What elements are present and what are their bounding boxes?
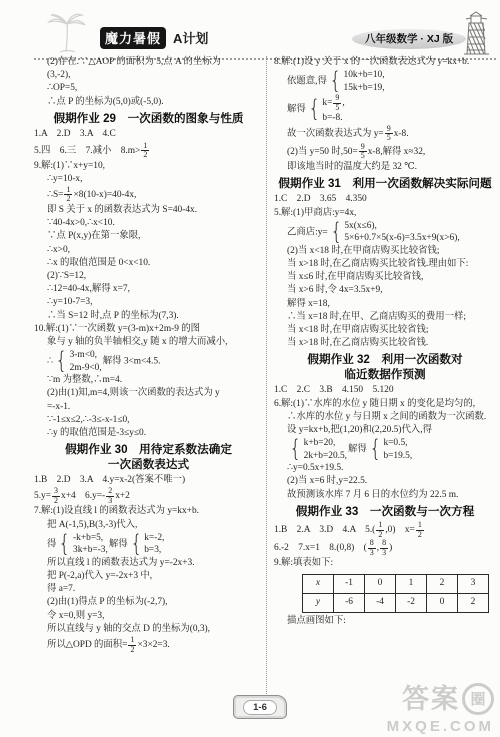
answer-line: ∴当 x=18 时,在甲、乙商店购买的费用一样; [274,311,496,324]
brace-system: {k=-2,b=3, [129,532,165,557]
answer-line: 7.解:(1)设直线 l 的函数表达式为 y=kx+b. [34,505,263,518]
answer-line: 即 S 关于 x 的函数表达式为 S=40-4x. [34,204,263,217]
brace-rows: k+b=20,2k+b=20.5, [304,437,347,462]
answer-line: {k+b=20,2k+b=20.5,解得{k=0.5,b=19.5, [274,437,496,462]
answer-line: ∴{3-m<0,2m-9<0,解得 3<m<4.5. [34,349,263,374]
fraction: 83 [368,539,376,557]
answer-line: 1.B 2.D 3.A 4.y=x-2(答案不唯一) [34,474,263,487]
answer-line: ∴S=12×8(10-x)=40-4x, [34,186,263,204]
brace-rows: 10k+b=10,15k+b=19, [344,69,385,94]
brace-row: k+b=20, [304,437,347,450]
answer-line: ∵40-4x>0,∴x<10. [34,217,263,230]
watermark: 答案 圈 MXQE.COM [387,683,494,734]
fraction-denominator: 5 [333,104,341,113]
brace-row: k=0.5, [383,437,412,450]
brace-icon: { [289,438,301,461]
answer-line: ∴y 的取值范围是-3≤y≤0. [34,427,263,440]
answer-line: (2)存在.∵△AOP 的面积为 5,点 A 的坐标为 [34,56,263,69]
answer-line: =-x-1. [34,401,263,414]
table-row: x-10123 [303,574,489,593]
watermark-domain: MXQE.COM [387,719,494,734]
answer-line: 乙商店:y={5x(x≤6),5×6+0.7×5(x-6)=3.5x+9(x>6… [274,220,496,245]
brace-rows: 5x(x≤6),5×6+0.7×5(x-6)=3.5x+9(x>6), [344,220,459,245]
section-heading-line: 临近数据作预测 [274,368,496,383]
brace-row: 5×6+0.7×5(x-6)=3.5x+9(x>6), [344,232,459,245]
section-heading-line: 假期作业 32 利用一次函数对 [274,353,496,368]
brace-rows: k=-2,b=3, [144,532,164,557]
section-heading-line: 假期作业 30 用待定系数法确定 [34,443,263,458]
answer-line: ∴y=10-x, [34,173,263,186]
series-logo-suffix: A计划 [173,28,208,47]
lighthouse-icon [456,10,496,58]
series-logo-boxed: 魔力暑假 [100,27,166,49]
table-cell: x [303,574,334,593]
table-cell: 3 [458,574,489,593]
section-heading: 假期作业 30 用待定系数法确定一次函数表达式 [34,443,263,472]
fraction: 12 [416,521,424,539]
fraction-denominator: 2 [52,497,60,506]
brace-row: b=3, [144,544,164,557]
answer-line: ∴y=0.5x+19.5. [274,462,496,475]
table-cell: -1 [334,574,365,593]
answer-line: (2)当 x<18 时,在甲商店购买比较省钱; [274,245,496,258]
brace-rows: k=0.5,b=19.5, [383,437,412,462]
answer-line: (2)当 x=6 时,y=22.5. [274,475,496,488]
brace-row: b=19.5, [383,450,412,463]
answer-line: 5.y=32x+4 6.y=-23x+2 [34,487,263,505]
fraction-denominator: 2 [64,195,72,204]
brace-rows: 3-m<0,2m-9<0, [70,349,102,374]
fraction: 23 [106,487,114,505]
fraction: 32 [52,487,60,505]
answer-line: 当 x>6 时,令 4x=3.5x+9, [274,284,496,297]
answer-line: 5.解:(1)甲商店:y=4x, [274,207,496,220]
answer-line: 1.C 2.C 3.B 4.150 5.120 [274,384,496,397]
answer-line: 故预测该水库 7 月 6 日的水位约为 22.5 m. [274,489,496,502]
answer-line: 当 x>18 时,在乙商店购买比较省钱. [274,337,496,350]
answer-line: 当 x≤6 时,在甲商店购买比较省钱, [274,271,496,284]
fraction: 95 [385,125,393,143]
left-column: (2)存在.∵△AOP 的面积为 5,点 A 的坐标为(3,-2),∴OP=5,… [34,56,266,694]
brace-row: 10k+b=10, [344,69,385,82]
answer-table: x-10123y-6-4-202 [302,574,489,613]
answer-line: 描点画图如下: [274,615,496,628]
series-logo: 魔力暑假 A计划 [100,27,208,49]
answer-line: 依题意,得{10k+b=10,15k+b=19, [274,69,496,94]
section-heading: 假期作业 32 利用一次函数对临近数据作预测 [274,353,496,382]
fraction-denominator: 2 [416,531,424,540]
fraction-denominator: 2 [141,151,149,160]
answer-line: (2)由(1)知,m=4,则该一次函数的表达式为 y [34,387,263,400]
brace-row: k=-2, [144,532,164,545]
answer-line: ∵点 P(x,y)在第一象限, [34,230,263,243]
brace-system: {5x(x≤6),5×6+0.7×5(x-6)=3.5x+9(x>6), [329,220,460,245]
answer-line: (2)由(1)得点 P 的坐标为(-2,7), [34,596,263,609]
brace-row: 5x(x≤6), [344,220,459,233]
right-column: 8.解:(1)设 y 关于 x 的一次函数表达式为 y=kx+b.依题意,得{1… [266,56,496,694]
watermark-badge-icon: 圈 [462,683,494,715]
brace-rows: k=95,b=-8. [322,94,344,125]
fraction-denominator: 3 [368,549,376,558]
section-heading: 假期作业 33 一次函数与一次方程 [274,505,496,520]
fraction: 95 [333,94,341,112]
answer-line: ∴当 S=12 时,点 P 的坐标为(7,3). [34,310,263,323]
fraction-denominator: 3 [380,549,388,558]
brace-system: {-k+b=5,3k+b=-3, [57,532,107,557]
answer-line: 1.A 2.D 3.A 4.C [34,128,263,141]
answer-line: (2)当 y=50 时,50=95x-8,解得 x≈32, [274,143,496,161]
table-cell: y [303,593,334,612]
fraction: 12 [376,521,384,539]
brace-row: -k+b=5, [73,532,108,545]
fraction: 12 [64,186,72,204]
brace-row: 2m-9<0, [70,362,102,375]
table-cell: -4 [365,593,396,612]
table-cell: 0 [365,574,396,593]
answer-line: ∴x 的取值范围是 0<x<10. [34,257,263,270]
section-heading-line: 假期作业 29 一次函数的图象与性质 [34,112,263,127]
brace-system: {10k+b=10,15k+b=19, [328,69,385,94]
fraction: 12 [128,636,136,654]
fraction-denominator: 5 [359,152,367,161]
answer-line: 所以△OPD 的面积=12×3×2=3. [34,636,263,654]
brace-system: {k+b=20,2k+b=20.5, [288,437,347,462]
answer-line: 1.B 2.A 3.D 4.A 5.(12,0) x=12 [274,521,496,539]
brace-row: b=-8. [322,112,344,125]
table-cell: 0 [427,593,458,612]
answer-line: 解得 x=18, [274,298,496,311]
fraction-denominator: 3 [106,497,114,506]
section-heading: 假期作业 29 一次函数的图象与性质 [34,112,263,127]
answer-line: 故一次函数表达式为 y=95x-8. [274,125,496,143]
section-heading: 假期作业 31 利用一次函数解决实际问题 [274,177,496,192]
answer-line: ∴OP=5, [34,82,263,95]
brace-row: 3-m<0, [70,349,102,362]
table-cell: 2 [458,593,489,612]
answer-line: 设 y=kx+b,把(1,20)和(2,20.5)代入,得 [274,424,496,437]
table-row: y-6-4-202 [303,593,489,612]
table-cell: 2 [427,574,458,593]
answer-line: 象与 y 轴的负半轴相交,y 随 x 的增大而减小, [34,336,263,349]
brace-icon: { [308,98,320,121]
answer-line: 10.解:(1)∵一次函数 y=(3-m)x+2m-9 的图 [34,323,263,336]
answer-line: (3,-2), [34,69,263,82]
workbook-answer-page: { "header": { "series_logo": "魔力暑假", "se… [0,0,500,737]
table-cell: -6 [334,593,365,612]
answer-line: 把 P(-2,a)代入 y=-2x+3 中, [34,570,263,583]
answer-line: 得 a=7. [34,583,263,596]
brace-row: 2k+b=20.5, [304,450,347,463]
brace-icon: { [369,438,381,461]
table-cell: 1 [396,574,427,593]
brace-system: {3-m<0,2m-9<0, [54,349,102,374]
brace-icon: { [330,221,342,244]
answer-line: 9.解:填表如下: [274,557,496,570]
fraction: 83 [380,539,388,557]
answer-line: 所以直线与 y 轴的交点 D 的坐标为(0,3), [34,623,263,636]
answer-line: 6.解:(1)∵水库的水位 y 随日期 x 的变化是均匀的, [274,398,496,411]
answer-line: 所以直线 l 的函数表达式为 y=-2x+3. [34,557,263,570]
answer-line: 1.C 2.D 3.65 4.350 [274,193,496,206]
answer-line: 6.-2 7.x=1 8.(0,8) (83,83) [274,539,496,557]
page-number-tab: 1-6 [233,695,287,719]
fraction: 12 [141,142,149,160]
answer-columns: (2)存在.∵△AOP 的面积为 5,点 A 的坐标为(3,-2),∴OP=5,… [34,56,496,694]
watermark-title: 答案 [402,686,460,713]
section-heading-line: 假期作业 31 利用一次函数解决实际问题 [274,177,496,192]
brace-system: {k=0.5,b=19.5, [368,437,412,462]
brace-icon: { [59,533,71,556]
page-header: 魔力暑假 A计划 八年级数学 · XJ 版 [0,10,500,54]
brace-row: 3k+b=-3, [73,544,108,557]
answer-line: ∴点 P 的坐标为(5,0)或(-5,0). [34,96,263,109]
answer-line: ∵m 为整数,∴m=4. [34,374,263,387]
answer-line: 得{-k+b=5,3k+b=-3,解得{k=-2,b=3, [34,532,263,557]
answer-line: 5.四 6.三 7.减小 8.m>12 [34,142,263,160]
section-heading-line: 一次函数表达式 [34,458,263,473]
answer-line: ∴y=10-7=3, [34,296,263,309]
answer-line: ∵-1≤x≤2,∴-3≤-x-1≤0, [34,414,263,427]
table-cell: -2 [396,593,427,612]
answer-line: 当 x>18 时,在乙商店购买比较省钱.理由如下: [274,258,496,271]
brace-row: k=95, [322,94,344,112]
brace-icon: { [329,70,341,93]
fraction-denominator: 2 [128,646,136,655]
answer-line: 当 x<18 时,在甲商店购买比较省钱; [274,324,496,337]
section-heading-line: 假期作业 33 一次函数与一次方程 [274,505,496,520]
fraction: 95 [359,143,367,161]
brace-icon: { [130,533,142,556]
fraction-denominator: 5 [385,134,393,143]
edition-badge: 八年级数学 · XJ 版 [352,29,466,49]
answer-line: ∴12=40-4x,解得 x=7, [34,283,263,296]
page-number: 1-6 [243,700,277,715]
answer-line: 即该地当时的温度大约是 32 ℃. [274,161,496,174]
answer-line: (2)∵S=12, [34,270,263,283]
answer-line: 8.解:(1)设 y 关于 x 的一次函数表达式为 y=kx+b. [274,56,496,69]
palm-tree-icon [46,12,90,54]
answer-line: 解得{k=95,b=-8. [274,94,496,125]
brace-system: {k=95,b=-8. [307,94,345,125]
answer-line: ∴x>0, [34,244,263,257]
brace-icon: { [55,350,67,373]
answer-line: 9.解:(1)∵x+y=10, [34,160,263,173]
answer-line: 令 x=0,则 y=3, [34,610,263,623]
answer-line: ∴水库的水位 y 与日期 x 之间的函数为一次函数. [274,411,496,424]
brace-row: 15k+b=19, [344,82,385,95]
brace-rows: -k+b=5,3k+b=-3, [73,532,108,557]
